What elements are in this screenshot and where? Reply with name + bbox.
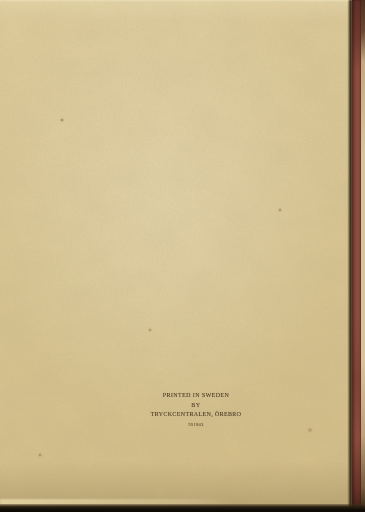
top-edge-highlight [0, 0, 349, 2]
scanned-book-page: PRINTED IN SWEDEN BY TRYCKCENTRALEN, ÖRE… [0, 0, 365, 512]
colophon-printed-in: PRINTED IN SWEDEN [126, 393, 266, 399]
paper-shading [0, 0, 365, 512]
colophon-print-code: 551943 [126, 422, 266, 427]
colophon-block: PRINTED IN SWEDEN BY TRYCKCENTRALEN, ÖRE… [126, 391, 266, 427]
book-cover-strip [352, 0, 361, 512]
colophon-by: BY [126, 403, 266, 409]
bottom-scan-shadow [0, 504, 365, 512]
colophon-printer: TRYCKCENTRALEN, ÖREBRO [126, 412, 266, 418]
book-fore-edge [361, 0, 365, 512]
